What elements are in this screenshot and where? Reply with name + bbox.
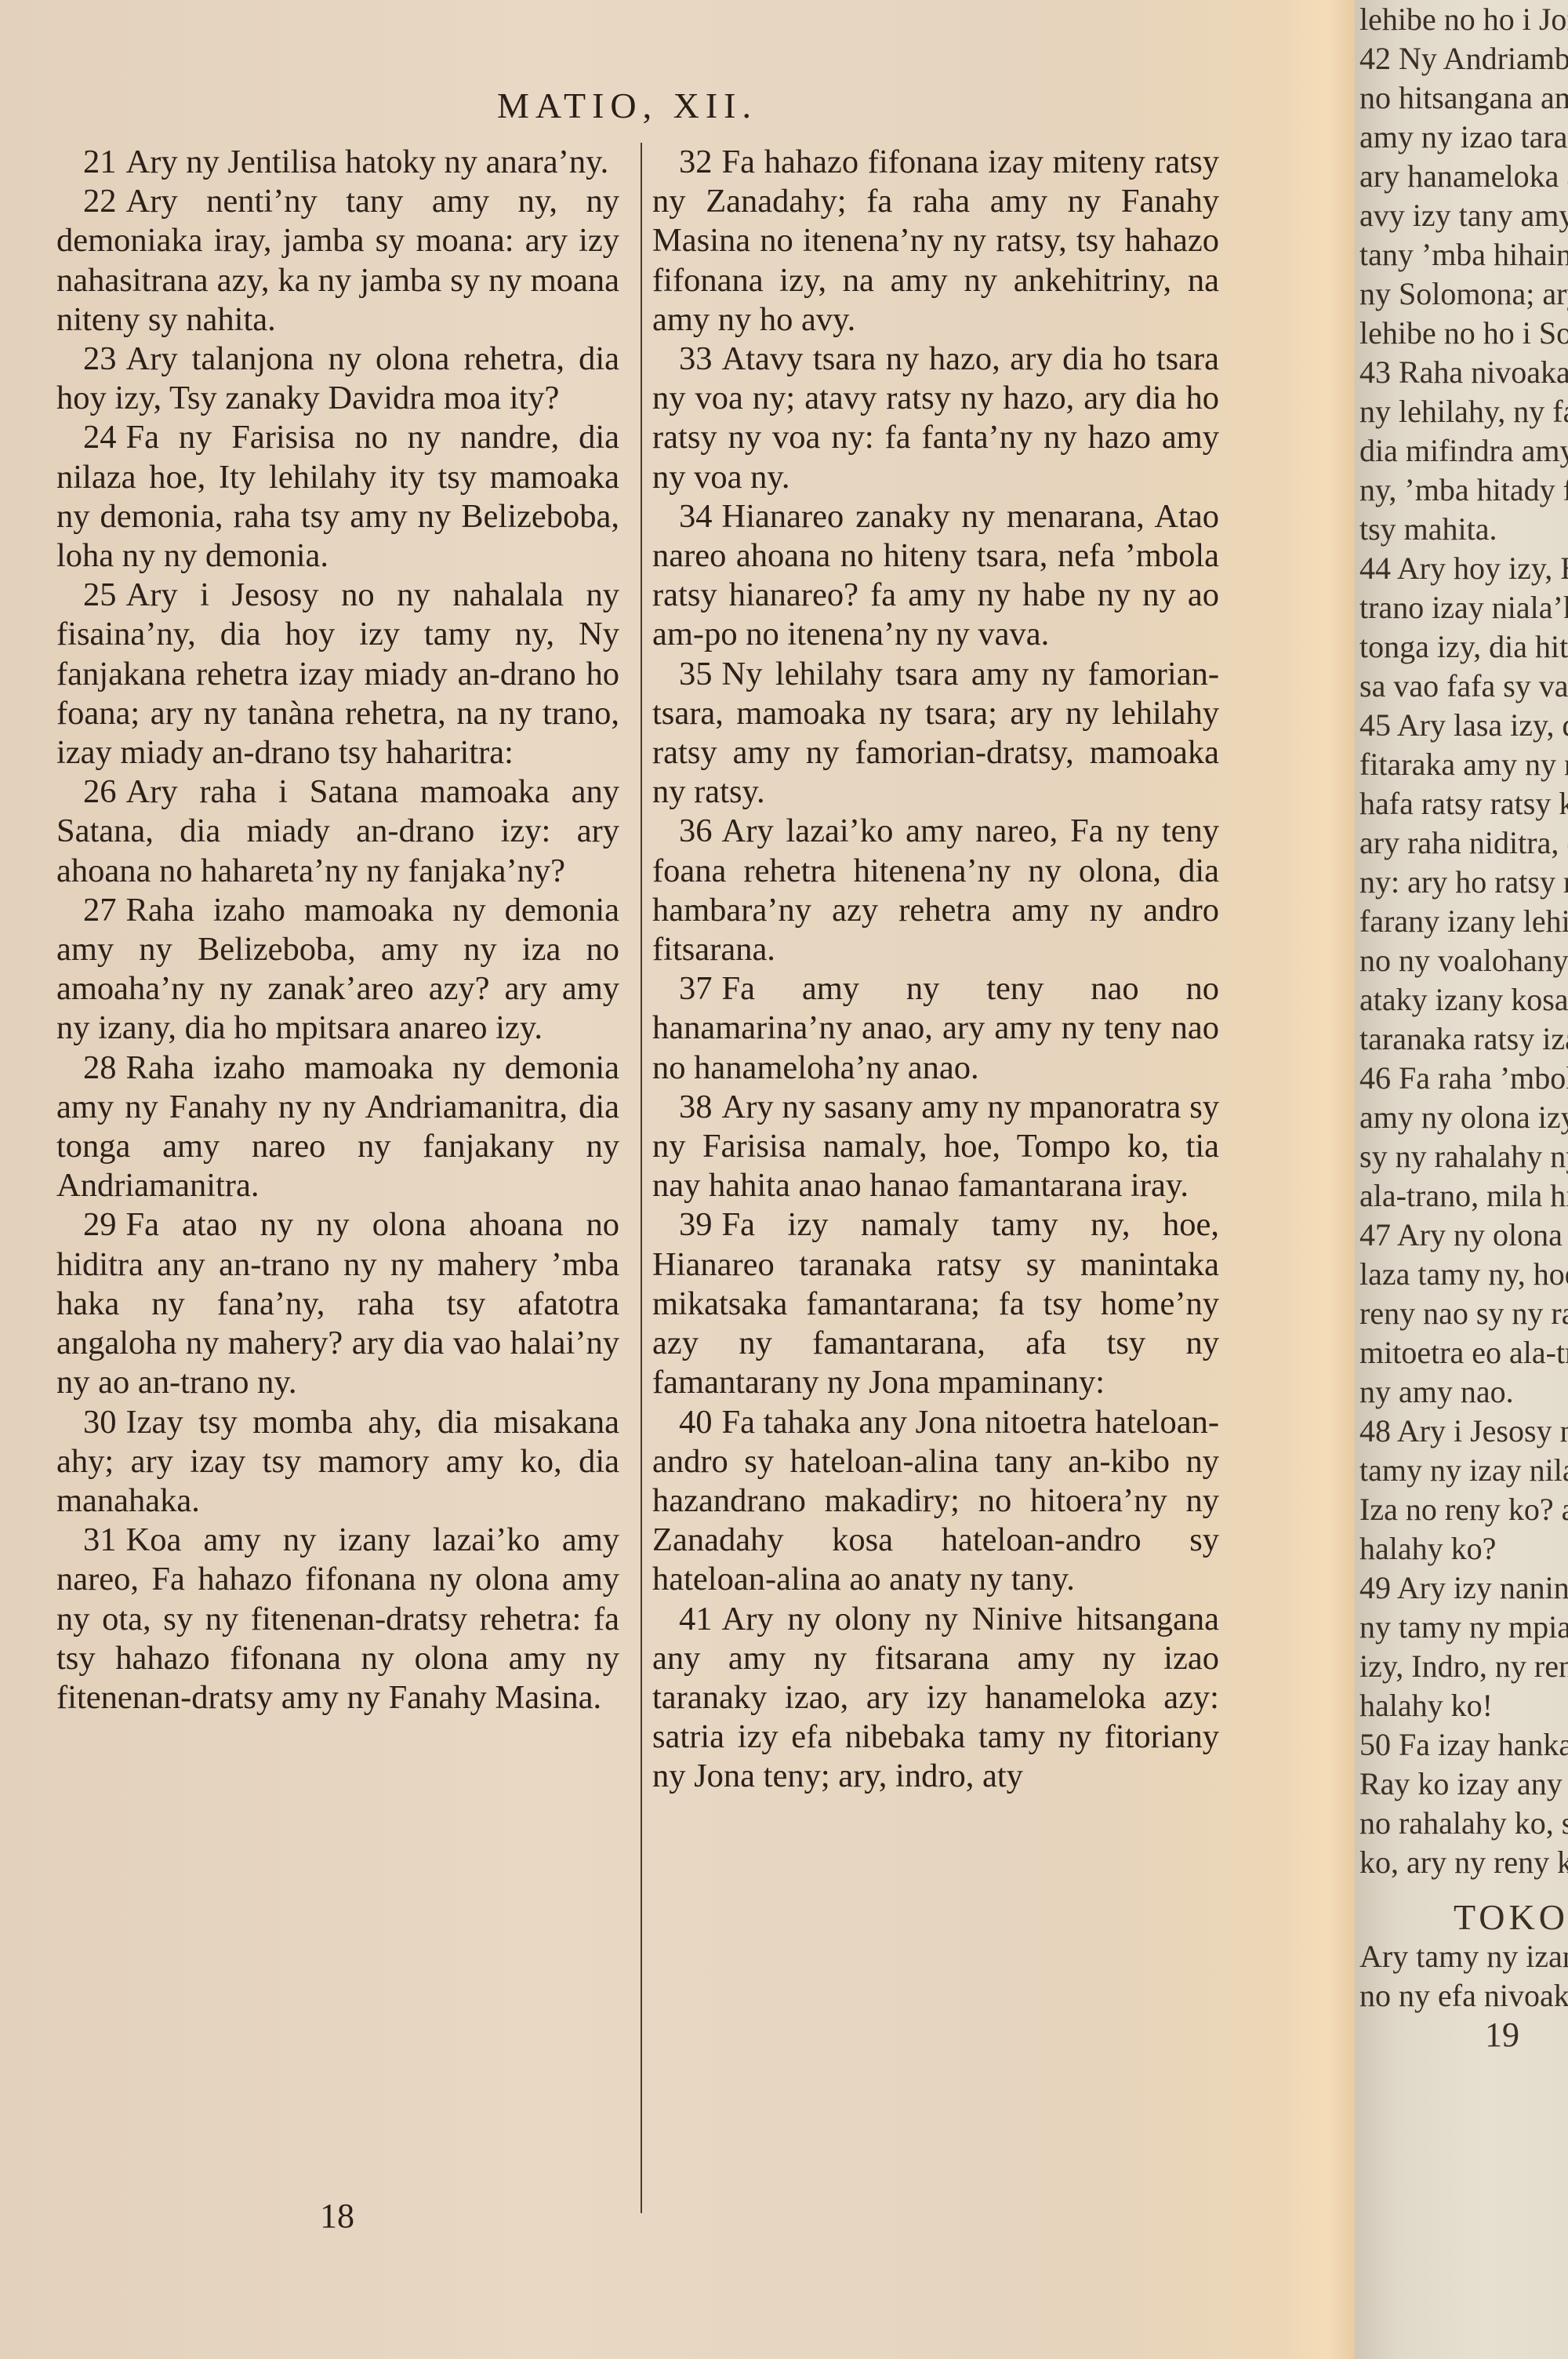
right-page-line: ny tamy ny mpiana’ny [1359,1608,1568,1647]
verse-text: Ary ny Jentilisa hatoky ny anara’ny. [126,144,609,180]
verse-33: 33Atavy tsara ny hazo, ary dia ho tsara … [652,340,1219,497]
right-page-line: amy ny olona izy, indr [1359,1098,1568,1137]
right-page-line: avy izy tany amy ny far [1359,196,1568,235]
right-page-line: hafa ratsy ratsy ko koa n [1359,784,1568,823]
verse-text: Fa izy namaly tamy ny, hoe, Hianareo tar… [652,1206,1219,1401]
right-page-edge: lehibe no ho i Jona.42 Ny Andriambavy ta… [1355,0,1568,2359]
right-page-line: mitoetra eo ala-trano, [1359,1333,1568,1372]
right-page-line: Iza no reny ko? ary [1359,1490,1568,1529]
right-page-line: lehibe no ho i Jona. [1359,0,1568,39]
verse-22: 22Ary nenti’ny tany amy ny, ny demoniaka… [56,182,619,340]
right-page-line: trano izay niala’ko; ar [1359,588,1568,627]
verse-number: 36 [679,812,713,851]
right-page-lines: lehibe no ho i Jona.42 Ny Andriambavy ta… [1359,0,1568,1882]
verse-text: Ary ny sasany amy ny mpanoratra sy ny Fa… [652,1089,1219,1204]
right-page-line: sa vao fafa sy vao voatr [1359,667,1568,706]
verse-number: 38 [679,1088,713,1127]
left-page: MATIO, XII. 21Ary ny Jentilisa hatoky ny… [0,0,1352,2359]
verse-number: 41 [679,1600,713,1639]
verse-37: 37Fa amy ny teny nao no hanamarina’ny an… [652,969,1219,1088]
verse-text: Fa amy ny teny nao no hanamarina’ny anao… [652,970,1219,1085]
page-number-right: 19 [1359,2016,1568,2055]
right-page-line: ko, ary ny reny ko. [1359,1843,1568,1882]
verse-40: 40Fa tahaka any Jona nitoetra hateloan-a… [652,1403,1219,1600]
right-page-line: izy, Indro, ny reny ko [1359,1647,1568,1686]
right-page-line: 47 Ary ny olona ana [1359,1216,1568,1255]
verse-number: 25 [83,576,117,615]
right-page-line: 48 Ary i Jesosy na [1359,1412,1568,1451]
verse-text: Koa amy ny izany lazai’ko amy nareo, Fa … [56,1521,619,1716]
verse-38: 38Ary ny sasany amy ny mpanoratra sy ny … [652,1088,1219,1206]
right-page-line: ny lehilahy, ny fanahy [1359,392,1568,431]
right-page-line: tamy ny izay nilaza [1359,1451,1568,1490]
right-text-column: 32Fa hahazo fifonana izay miteny ratsy n… [652,143,1219,1797]
right-page-line: lehibe no ho i Solomona. [1359,314,1568,353]
right-page-line: ny amy nao. [1359,1372,1568,1412]
right-page-line: ny: ary ho ratsy ratsy [1359,863,1568,902]
right-page-line: fitaraka amy ny ny fan [1359,745,1568,784]
verse-23: 23Ary talanjona ny olona rehetra, dia ho… [56,340,619,418]
verse-text: Raha izaho mamoaka ny demonia amy ny Bel… [56,892,619,1047]
verse-text: Ary lazai’ko amy nareo, Fa ny teny foana… [652,812,1219,968]
verse-text: Fa hahazo fifonana izay miteny ratsy ny … [652,144,1219,338]
verse-text: Ary talanjona ny olona rehetra, dia hoy … [56,340,619,416]
right-page-after-heading: Ary tamy ny izany ano ny efa nivoaka ta [1359,1937,1568,2016]
verse-number: 31 [83,1521,117,1560]
verse-number: 23 [83,340,117,379]
right-page-line: amy ny izao taranaky iza [1359,118,1568,157]
verse-text: Fa atao ny ny olona ahoana no hiditra an… [56,1206,619,1401]
right-page-line: ary hanameloka azy; sat [1359,157,1568,196]
right-page-line: 42 Ny Andriambavy tan [1359,39,1568,78]
verse-27: 27Raha izaho mamoaka ny demonia amy ny B… [56,891,619,1049]
page-number-left: 18 [298,2196,376,2236]
right-page-line: 45 Ary lasa izy, dia [1359,706,1568,745]
verse-36: 36Ary lazai’ko amy nareo, Fa ny teny foa… [652,812,1219,969]
verse-number: 35 [679,655,713,694]
verse-text: Raha izaho mamoaka ny demonia amy ny Fan… [56,1049,619,1205]
verse-35: 35Ny lehilahy tsara amy ny famorian-tsar… [652,655,1219,812]
verse-28: 28Raha izaho mamoaka ny demonia amy ny F… [56,1049,619,1206]
right-page-line: no ny voalohany. Ary [1359,941,1568,980]
verse-32: 32Fa hahazo fifonana izay miteny ratsy n… [652,143,1219,340]
verse-25: 25Ary i Jesosy no ny nahalala ny fisaina… [56,576,619,772]
running-head: MATIO, XII. [0,85,1254,126]
right-page-line: farany izany lehilahy [1359,902,1568,941]
right-page-line: tsy mahita. [1359,510,1568,549]
verse-number: 30 [83,1403,117,1442]
right-page-line: no ny efa nivoaka ta [1359,1976,1568,2016]
right-page-line: no hitsangana amy ny fit [1359,78,1568,118]
verse-text: Fa tahaka any Jona nitoetra hateloan-and… [652,1404,1219,1598]
chapter-heading: TOKO XIII. [1359,1898,1568,1937]
right-page-line: dia mifindra amy ny tany [1359,431,1568,471]
left-text-column: 21Ary ny Jentilisa hatoky ny anara’ny. 2… [56,143,619,1717]
right-page-line: halahy ko? [1359,1529,1568,1568]
right-page-text: lehibe no ho i Jona.42 Ny Andriambavy ta… [1359,0,1568,2055]
right-page-line: 43 Raha nivoaka tany [1359,353,1568,392]
verse-number: 21 [83,143,117,182]
verse-number: 33 [679,340,713,379]
verse-text: Ny lehilahy tsara amy ny famorian-tsara,… [652,656,1219,811]
verse-number: 37 [679,969,713,1009]
verse-30: 30Izay tsy momba ahy, dia misakana ahy; … [56,1403,619,1521]
right-page-line: no rahalahy ko, sy r [1359,1804,1568,1843]
verse-number: 28 [83,1049,117,1088]
verse-26: 26Ary raha i Satana mamoaka any Satana, … [56,772,619,891]
right-page-line: laza tamy ny, hoe, [1359,1255,1568,1294]
right-page-line: Ary tamy ny izany a [1359,1937,1568,1976]
right-page-line: 49 Ary izy naninjitra [1359,1568,1568,1608]
right-page-line: 44 Ary hoy izy, Hodi [1359,549,1568,588]
column-divider-rule [641,143,642,2213]
verse-text: Hianareo zanaky ny menarana, Atao nareo … [652,498,1219,653]
verse-text: Fa ny Farisisa no ny nandre, dia nilaza … [56,419,619,574]
right-page-line: ataky izany kosa am [1359,980,1568,1020]
right-page-line: ala-trano, mila hiteny [1359,1176,1568,1216]
right-page-line: ary raha niditra, dia mo [1359,823,1568,863]
right-page-line: 50 Fa izay hanka [1359,1725,1568,1765]
right-page-line: sy ny rahalahy ny ni [1359,1137,1568,1176]
right-page-line: 46 Fa raha ’mbola [1359,1059,1568,1098]
verse-number: 29 [83,1205,117,1245]
verse-number: 39 [679,1205,713,1245]
right-page-line: tonga izy, dia hita ny fa [1359,627,1568,667]
verse-text: Ary ny olony ny Ninive hitsangana any am… [652,1601,1219,1795]
verse-text: Ary i Jesosy no ny nahalala ny fisaina’n… [56,576,619,771]
verse-number: 32 [679,143,713,182]
right-page-line: halahy ko! [1359,1686,1568,1725]
right-page-line: taranaka ratsy izao. [1359,1020,1568,1059]
verse-text: Ary raha i Satana mamoaka any Satana, di… [56,773,619,889]
right-page-line: ny Solomona; ary, indro, [1359,274,1568,314]
verse-number: 22 [83,182,117,221]
verse-number: 40 [679,1403,713,1442]
verse-text: Izay tsy momba ahy, dia misakana ahy; ar… [56,1404,619,1519]
verse-21: 21Ary ny Jentilisa hatoky ny anara’ny. [56,143,619,182]
verse-34: 34Hianareo zanaky ny menarana, Atao nare… [652,497,1219,655]
right-page-line: reny nao sy ny raha [1359,1294,1568,1333]
verse-41: 41Ary ny olony ny Ninive hitsangana any … [652,1600,1219,1797]
verse-number: 24 [83,418,117,457]
binding-gutter-shadow [1286,0,1356,2359]
verse-number: 34 [679,497,713,536]
verse-text: Ary nenti’ny tany amy ny, ny demoniaka i… [56,183,619,338]
verse-text: Atavy tsara ny hazo, ary dia ho tsara ny… [652,340,1219,496]
verse-31: 31Koa amy ny izany lazai’ko amy nareo, F… [56,1521,619,1717]
verse-24: 24Fa ny Farisisa no ny nandre, dia nilaz… [56,418,619,576]
verse-29: 29Fa atao ny ny olona ahoana no hiditra … [56,1205,619,1402]
right-page-line: Ray ko izay any an-d [1359,1765,1568,1804]
verse-number: 27 [83,891,117,930]
verse-39: 39Fa izy namaly tamy ny, hoe, Hianareo t… [652,1205,1219,1402]
verse-number: 26 [83,772,117,812]
right-page-line: ny, ’mba hitady fialan-ts [1359,471,1568,510]
right-page-line: tany ’mba hihaino ny fahe [1359,235,1568,274]
